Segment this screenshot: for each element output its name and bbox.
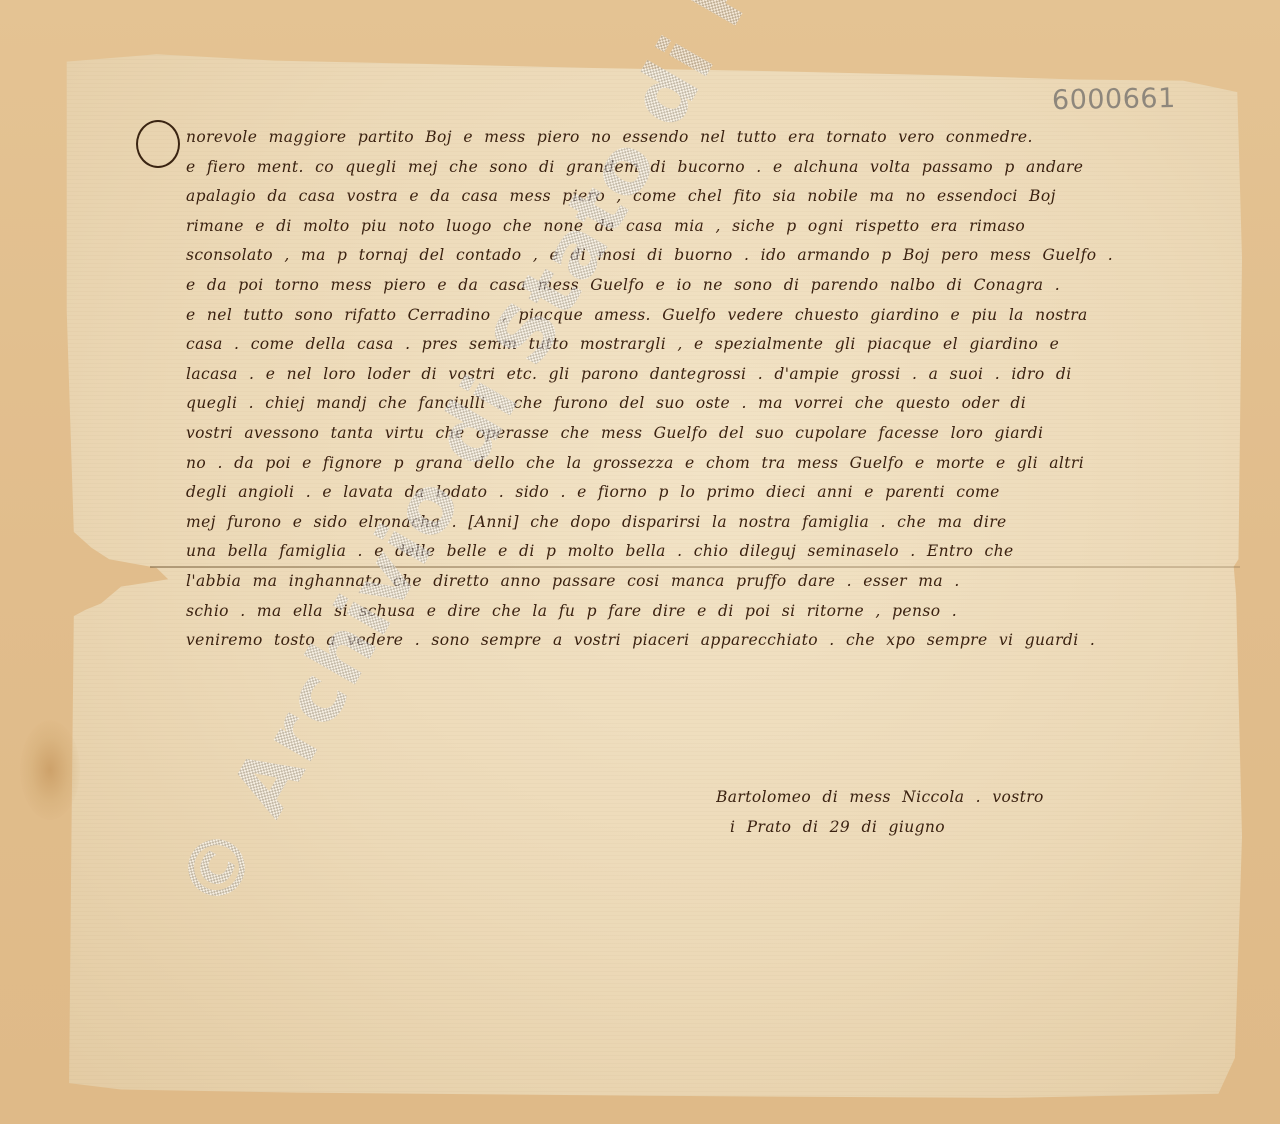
letter-line: rimane e di molto piu noto luogo che non… [186,212,1216,242]
signature-name: Bartolomeo di mess Niccola . vostro [716,782,1136,812]
paper-stain [20,720,80,820]
letter-line: e nel tutto sono rifatto Cerradino , pia… [186,301,1216,331]
letter-line: mej furono e sido elronacha . [Anni] che… [186,508,1216,538]
letter-line: veniremo tosto a vedere . sono sempre a … [186,626,1216,656]
letter-line: una bella famiglia . e delle belle e di … [186,537,1216,567]
letter-line: l'abbia ma inghannato che diretto anno p… [186,567,1216,597]
decorated-initial [136,120,180,168]
letter-line: vostri avessono tanta virtu che operasse… [186,419,1216,449]
letter-line: quegli . chiej mandj che fanciulli . che… [186,389,1216,419]
letter-line: degli angioli . e lavata da lodato . sid… [186,478,1216,508]
signature-block: Bartolomeo di mess Niccola . vostro i Pr… [716,782,1136,842]
letter-line: no . da poi e fignore p grana dello che … [186,449,1216,479]
letter-line: e fiero ment. co quegli mej che sono di … [186,153,1216,183]
letter-line: casa . come della casa . pres semm tutto… [186,330,1216,360]
letter-line: lacasa . e nel loro loder di vostri etc.… [186,360,1216,390]
letter-line: e da poi torno mess piero e da casa mess… [186,271,1216,301]
letter-line: apalagio da casa vostra e da casa mess p… [186,182,1216,212]
archive-number: 6000661 [1052,83,1176,116]
letter-line: sconsolato , ma p tornaj del contado , e… [186,241,1216,271]
letter-body: norevole maggiore partito Boj e mess pie… [186,123,1216,656]
letter-line: schio . ma ella si schusa e dire che la … [186,597,1216,627]
letter-line: norevole maggiore partito Boj e mess pie… [186,123,1216,153]
signature-place-date: i Prato di 29 di giugno [716,812,1136,842]
